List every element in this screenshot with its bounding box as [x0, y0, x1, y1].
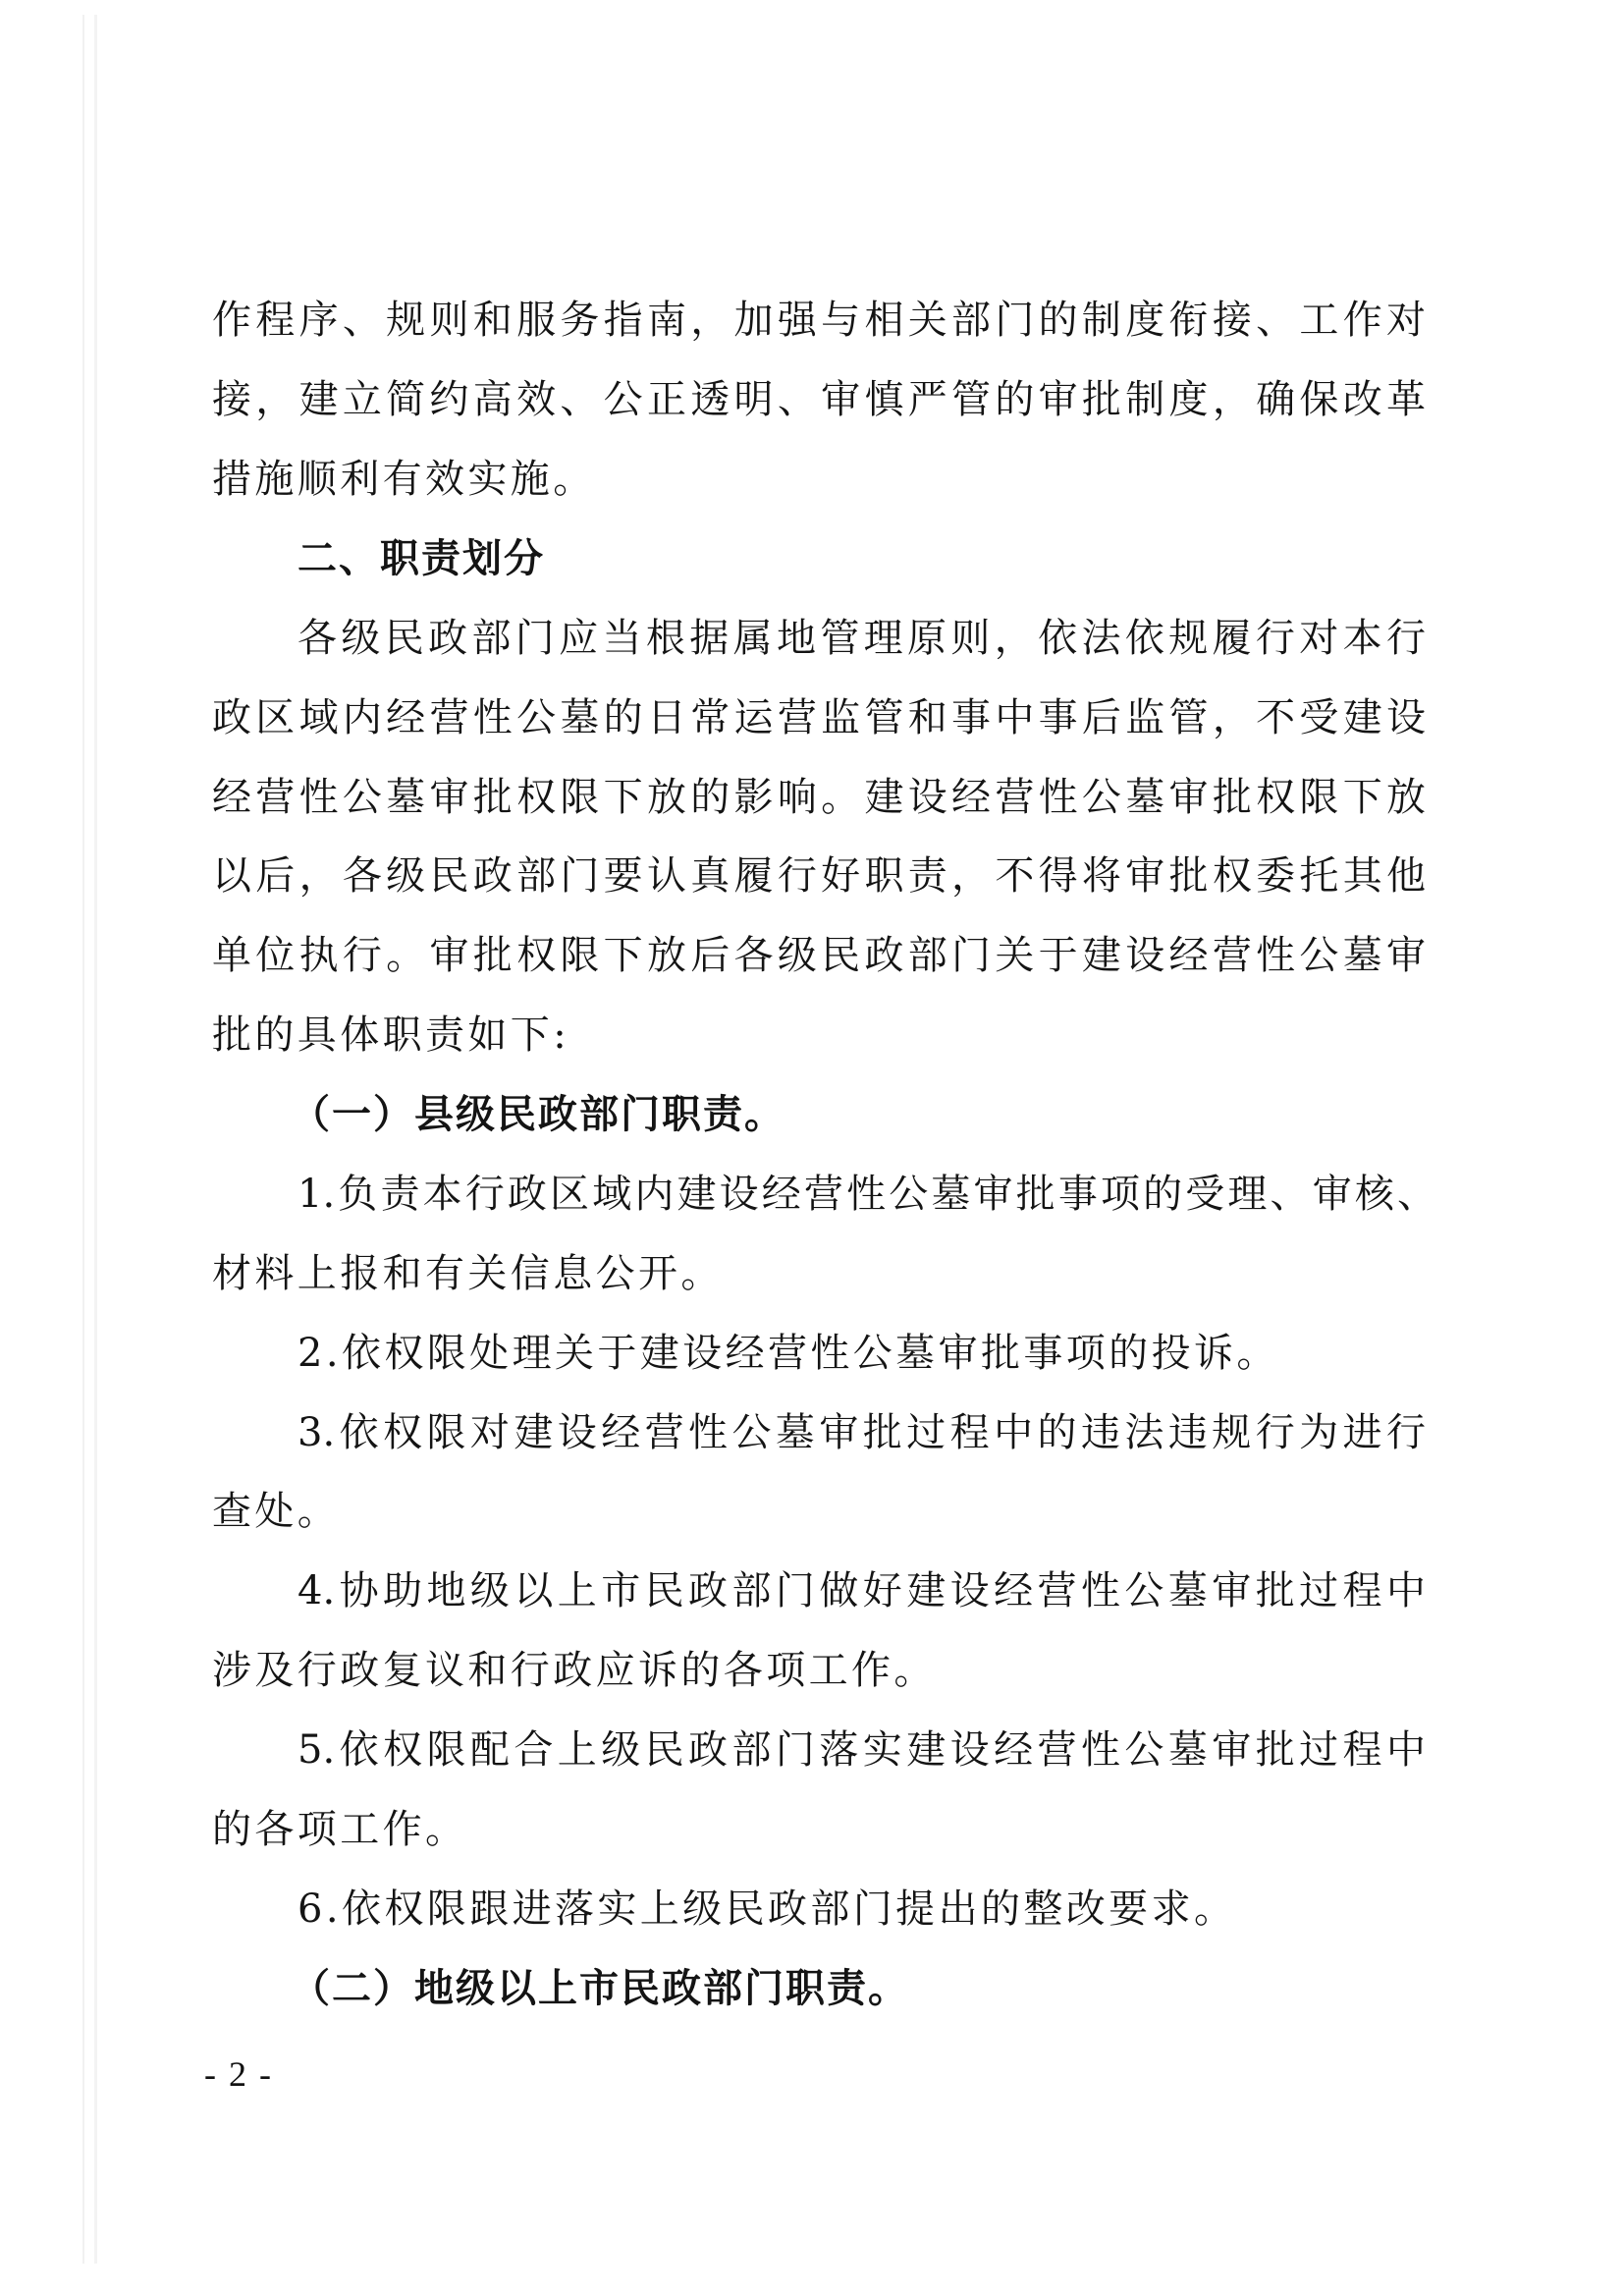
list-item-line: 查处。 — [212, 1487, 340, 1536]
subsection-heading: （一）县级民政部门职责。 — [291, 1090, 785, 1139]
paragraph-line: 各级民政部门应当根据属地管理原则，依法依规履行对本行 — [298, 614, 1426, 663]
list-item-line: 4.协助地级以上市民政部门做好建设经营性公墓审批过程中 — [298, 1566, 1426, 1615]
list-item-line: 的各项工作。 — [212, 1805, 467, 1854]
paragraph-line: 作程序、规则和服务指南，加强与相关部门的制度衔接、工作对 — [212, 296, 1426, 345]
list-item-line: 2.依权限处理关于建设经营性公墓审批事项的投诉。 — [298, 1329, 1279, 1378]
list-item-line: 1.负责本行政区域内建设经营性公墓审批事项的受理、审核、 — [298, 1170, 1436, 1219]
page-number: - 2 - — [204, 2052, 273, 2096]
paragraph-line: 接，建立简约高效、公正透明、审慎严管的审批制度，确保改革 — [212, 375, 1426, 424]
list-item-line: 6.依权限跟进落实上级民政部门提出的整改要求。 — [298, 1885, 1236, 1934]
list-item-line: 材料上报和有关信息公开。 — [212, 1249, 724, 1298]
paragraph-line: 政区域内经营性公墓的日常运营监管和事中事后监管，不受建设 — [212, 693, 1426, 742]
paragraph-line: 措施顺利有效实施。 — [212, 455, 596, 504]
list-item-line: 涉及行政复议和行政应诉的各项工作。 — [212, 1646, 937, 1695]
scan-artifact-line — [94, 15, 97, 2264]
paragraph-line: 单位执行。审批权限下放后各级民政部门关于建设经营性公墓审 — [212, 931, 1426, 980]
paragraph-line: 批的具体职责如下: — [212, 1011, 569, 1060]
list-item-line: 5.依权限配合上级民政部门落实建设经营性公墓审批过程中 — [298, 1725, 1426, 1775]
paragraph-line: 以后，各级民政部门要认真履行好职责，不得将审批权委托其他 — [212, 851, 1426, 901]
section-heading: 二、职责划分 — [298, 534, 545, 583]
scan-artifact-line — [82, 15, 84, 2264]
list-item-line: 3.依权限对建设经营性公墓审批过程中的违法违规行为进行 — [298, 1408, 1426, 1457]
subsection-heading: （二）地级以上市民政部门职责。 — [291, 1964, 909, 2013]
paragraph-line: 经营性公墓审批权限下放的影响。建设经营性公墓审批权限下放 — [212, 773, 1426, 822]
